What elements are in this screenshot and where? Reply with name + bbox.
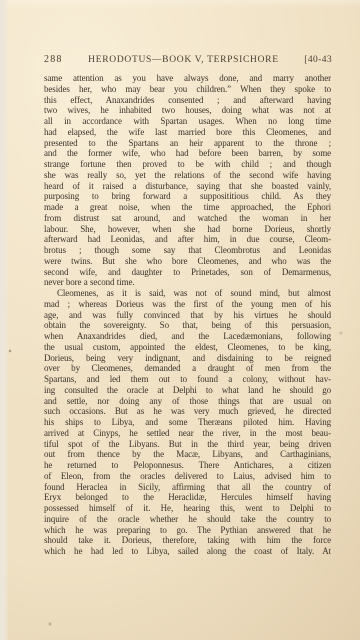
text-line: arrived at Cinyps, he settled near the r… bbox=[44, 428, 331, 439]
text-line: this effect, Anaxandrides consented ; an… bbox=[44, 95, 331, 106]
text-line: never bore a second time. bbox=[44, 277, 331, 288]
text-line: second wife, and daughter to Prinetades,… bbox=[44, 267, 331, 278]
text-line: Eryx belonged to the Heraclidæ, Hercules… bbox=[44, 492, 331, 503]
section-range: [40-43 bbox=[304, 55, 332, 66]
text-line: when Anaxandrides died, and the Lacedæmo… bbox=[44, 331, 331, 342]
text-line: the usual custom, appointed the eldest, … bbox=[44, 342, 331, 353]
page-text: same attention as you have always done, … bbox=[44, 73, 331, 557]
text-line: tiful spot of the Libyans. But in the th… bbox=[44, 439, 331, 450]
text-line: two wives, he inhabited two houses, doin… bbox=[44, 105, 331, 116]
text-line: should take it. Dorieus, therefore, taki… bbox=[44, 535, 331, 546]
text-line: of Eleon, from the oracles delivered to … bbox=[44, 471, 331, 482]
text-line: she was really so, yet the relations of … bbox=[44, 170, 331, 181]
text-line: purposing to bring forward a supposititi… bbox=[44, 191, 331, 202]
text-line: Spartans, and led them out to found a co… bbox=[44, 374, 331, 385]
text-line: presented to the Spartans an heir appare… bbox=[44, 138, 331, 149]
text-line: such occasions. But as he was very much … bbox=[44, 406, 331, 417]
text-line: were twins. But she who bore Cleomenes, … bbox=[44, 256, 331, 267]
page-number: 288 bbox=[44, 54, 63, 65]
text-line: found Heraclea in Sicily, affirming that… bbox=[44, 482, 331, 493]
text-line: inquire of the oracle whether he should … bbox=[44, 514, 331, 525]
text-line: age, and was fully convinced that by his… bbox=[44, 310, 331, 321]
book-page: 288 HERODOTUS—BOOK V, TERPSICHORE [40-43… bbox=[0, 0, 360, 640]
text-line: heard of it raised a disturbance, saying… bbox=[44, 181, 331, 192]
text-line: made a great noise, when the time approa… bbox=[44, 202, 331, 213]
text-line: Cleomenes, as it is said, was not of sou… bbox=[44, 288, 331, 299]
text-line: mad ; whereas Dorieus was the first of t… bbox=[44, 299, 331, 310]
text-line: and the former wife, who had before been… bbox=[44, 148, 331, 159]
text-line: had elapsed, the wife last married bore … bbox=[44, 127, 331, 138]
text-line: which he had led to Libya, sailed along … bbox=[44, 546, 331, 557]
text-line: besides her, who may bear you children.”… bbox=[44, 84, 331, 95]
running-head: 288 HERODOTUS—BOOK V, TERPSICHORE [40-43 bbox=[44, 54, 332, 66]
text-line: all in accordance with Spartan usages. W… bbox=[44, 116, 331, 127]
text-line: brotus ; though some say that Cleombrotu… bbox=[44, 245, 331, 256]
text-line: ing consulted the oracle at Delphi to wh… bbox=[44, 385, 331, 396]
text-line: Dorieus, being very indignant, and disda… bbox=[44, 353, 331, 364]
text-line: strange fortune then proved to be with c… bbox=[44, 159, 331, 170]
text-line: same attention as you have always done, … bbox=[44, 73, 331, 84]
text-line: his ships to Libya, and some Theræans pi… bbox=[44, 417, 331, 428]
text-line: he returned to Peloponnesus. There Antic… bbox=[44, 460, 331, 471]
text-line: labour. She, however, when she had borne… bbox=[44, 224, 331, 235]
text-line: obtain the sovereignty. So that, being o… bbox=[44, 320, 331, 331]
text-line: which he was preparing to go. The Pythia… bbox=[44, 525, 331, 536]
text-line: from distrust sat around, and watched th… bbox=[44, 213, 331, 224]
text-line: afterward had Leonidas, and after him, i… bbox=[44, 234, 331, 245]
running-title: HERODOTUS—BOOK V, TERPSICHORE bbox=[63, 55, 305, 66]
text-line: over by Cleomenes, demanded a draught of… bbox=[44, 363, 331, 374]
text-line: possessed himself of it. He, hearing thi… bbox=[44, 503, 331, 514]
text-line: and settle, nor doing any of those thing… bbox=[44, 396, 331, 407]
text-line: out from thence by the Macæ, Libyans, an… bbox=[44, 449, 331, 460]
